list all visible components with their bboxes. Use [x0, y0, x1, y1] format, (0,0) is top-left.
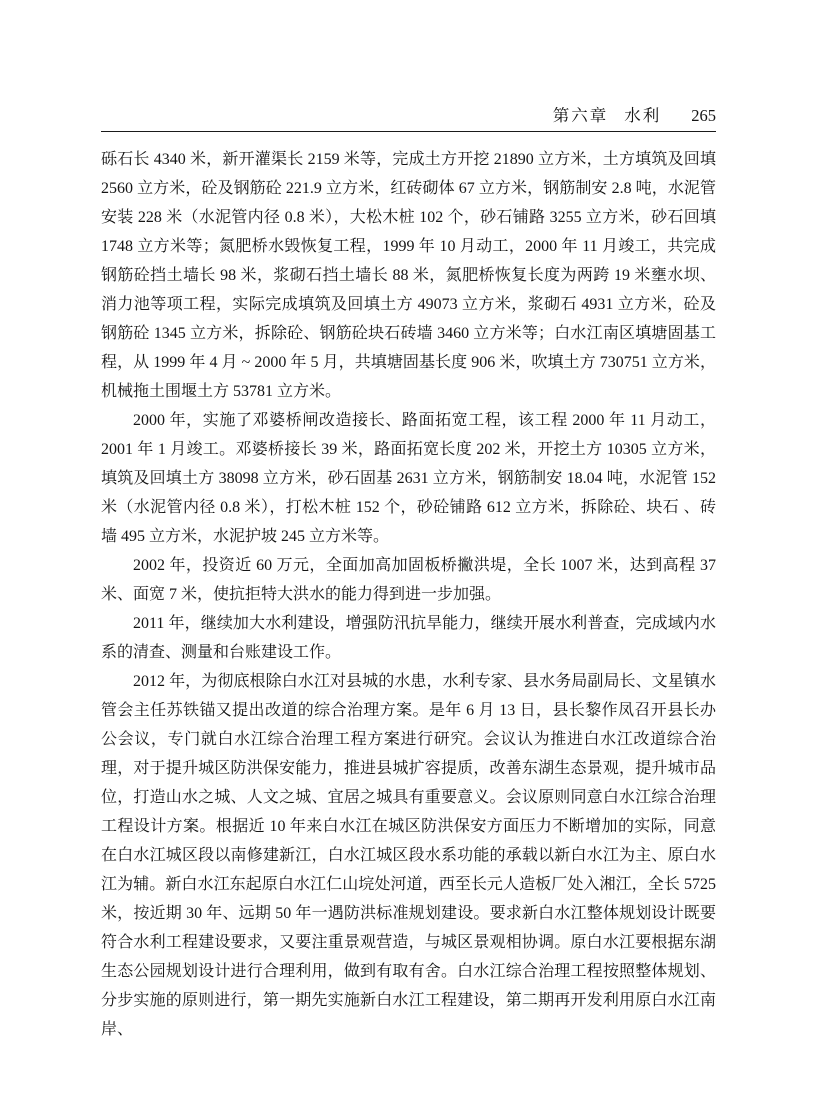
paragraph: 2011 年，继续加大水利建设，增强防汛抗旱能力，继续开展水利普查，完成域内水系… [101, 609, 716, 667]
paragraph: 2000 年，实施了邓婆桥闸改造接长、路面拓宽工程，该工程 2000 年 11 … [101, 406, 716, 551]
section-title: 水利 [624, 106, 661, 126]
paragraph: 砾石长 4340 米，新开灌渠长 2159 米等，完成土方开挖 21890 立方… [101, 145, 716, 406]
book-page: 第六章 水利 265 砾石长 4340 米，新开灌渠长 2159 米等，完成土方… [0, 0, 816, 1099]
paragraph: 2012 年，为彻底根除白水江对县城的水患，水利专家、县水务局副局长、文星镇水管… [101, 667, 716, 1044]
body-text: 砾石长 4340 米，新开灌渠长 2159 米等，完成土方开挖 21890 立方… [101, 145, 716, 1044]
paragraph: 2002 年，投资近 60 万元，全面加高加固板桥撇洪堤，全长 1007 米，达… [101, 551, 716, 609]
page-header: 第六章 水利 265 [101, 106, 716, 131]
page-content: 第六章 水利 265 砾石长 4340 米，新开灌渠长 2159 米等，完成土方… [101, 106, 716, 1044]
header-rule [101, 131, 716, 132]
chapter-title: 第六章 [553, 106, 609, 126]
page-number: 265 [691, 106, 716, 126]
